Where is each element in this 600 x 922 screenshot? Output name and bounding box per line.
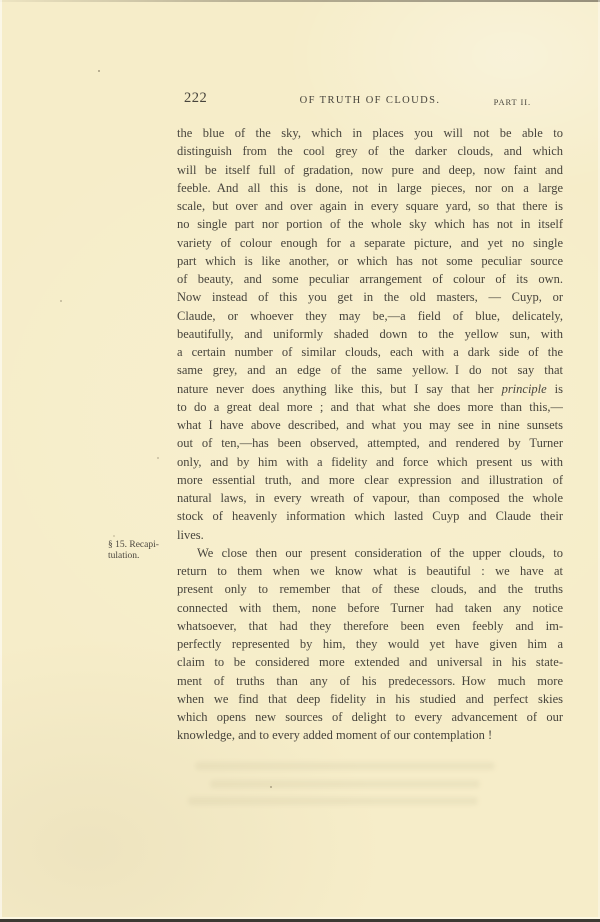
part-label: PART II. <box>494 97 531 107</box>
text-line: return to them when we know what is beau… <box>177 562 563 580</box>
text-line: distinguish from the cool grey of the da… <box>177 142 563 160</box>
text-line: We close then our present consideration … <box>177 544 563 562</box>
text-line: beautifully, and uniformly shaded down t… <box>177 325 563 343</box>
text-line: will be itself full of gradation, now pu… <box>177 161 563 179</box>
text-line: a certain number of similar clouds, each… <box>177 343 563 361</box>
text-line: knowledge, and to every added moment of … <box>177 726 563 744</box>
text-line: whatsoever, that had they therefore been… <box>177 617 563 635</box>
text-line: nature never does anything like this, bu… <box>177 380 563 398</box>
paper-showthrough-smudge <box>188 797 478 805</box>
text-line: scale, but over and over again in every … <box>177 197 563 215</box>
text-line: the blue of the sky, which in places you… <box>177 124 563 142</box>
text-line: what I have above described, and what yo… <box>177 416 563 434</box>
text-line: stock of heavenly information which last… <box>177 507 563 525</box>
text-line: connected with them, none before Turner … <box>177 599 563 617</box>
text-line: more essential truth, and more clear exp… <box>177 471 563 489</box>
paper-speck <box>98 70 100 72</box>
text-line: Claude, or whoever they may be,—a field … <box>177 307 563 325</box>
text-line: no single part nor portion of the whole … <box>177 215 563 233</box>
paper-showthrough-smudge <box>195 762 495 770</box>
scan-edge-left <box>0 0 2 922</box>
text-line: same grey, and an edge of the same yello… <box>177 361 563 379</box>
text-line: Now instead of this you get in the old m… <box>177 288 563 306</box>
scan-edge-top <box>0 0 600 2</box>
text-line: which opens new sources of delight to ev… <box>177 708 563 726</box>
text-line: feeble. And all this is done, not in lar… <box>177 179 563 197</box>
text-line: lives. <box>177 526 563 544</box>
text-line: variety of colour enough for a separate … <box>177 234 563 252</box>
text-line: present only to remember that of these c… <box>177 580 563 598</box>
text-block: the blue of the sky, which in places you… <box>177 124 563 745</box>
text-line: of beauty, and some peculiar arrangement… <box>177 270 563 288</box>
paper-showthrough-smudge <box>210 780 480 788</box>
text-line: part which is like another, or which has… <box>177 252 563 270</box>
margin-note: § 15. Recapi- tulation. <box>108 540 174 562</box>
text-line: only, and by him with a fidelity and for… <box>177 453 563 471</box>
text-line: natural laws, in every wreath of vapour,… <box>177 489 563 507</box>
text-line: perfectly represented by him, they would… <box>177 635 563 653</box>
margin-note-line: tulation. <box>108 551 174 562</box>
text-line: when we find that deep fidelity in his s… <box>177 690 563 708</box>
text-line: claim to be considered more extended and… <box>177 653 563 671</box>
text-line: out of ten,—has been observed, attempted… <box>177 434 563 452</box>
margin-note-line: § 15. Recapi- <box>108 540 174 551</box>
book-page: 222 OF TRUTH OF CLOUDS. PART II. § 15. R… <box>0 0 600 922</box>
text-line: to do a great deal more ; and that what … <box>177 398 563 416</box>
text-line: ment of truths than any of his predecess… <box>177 672 563 690</box>
